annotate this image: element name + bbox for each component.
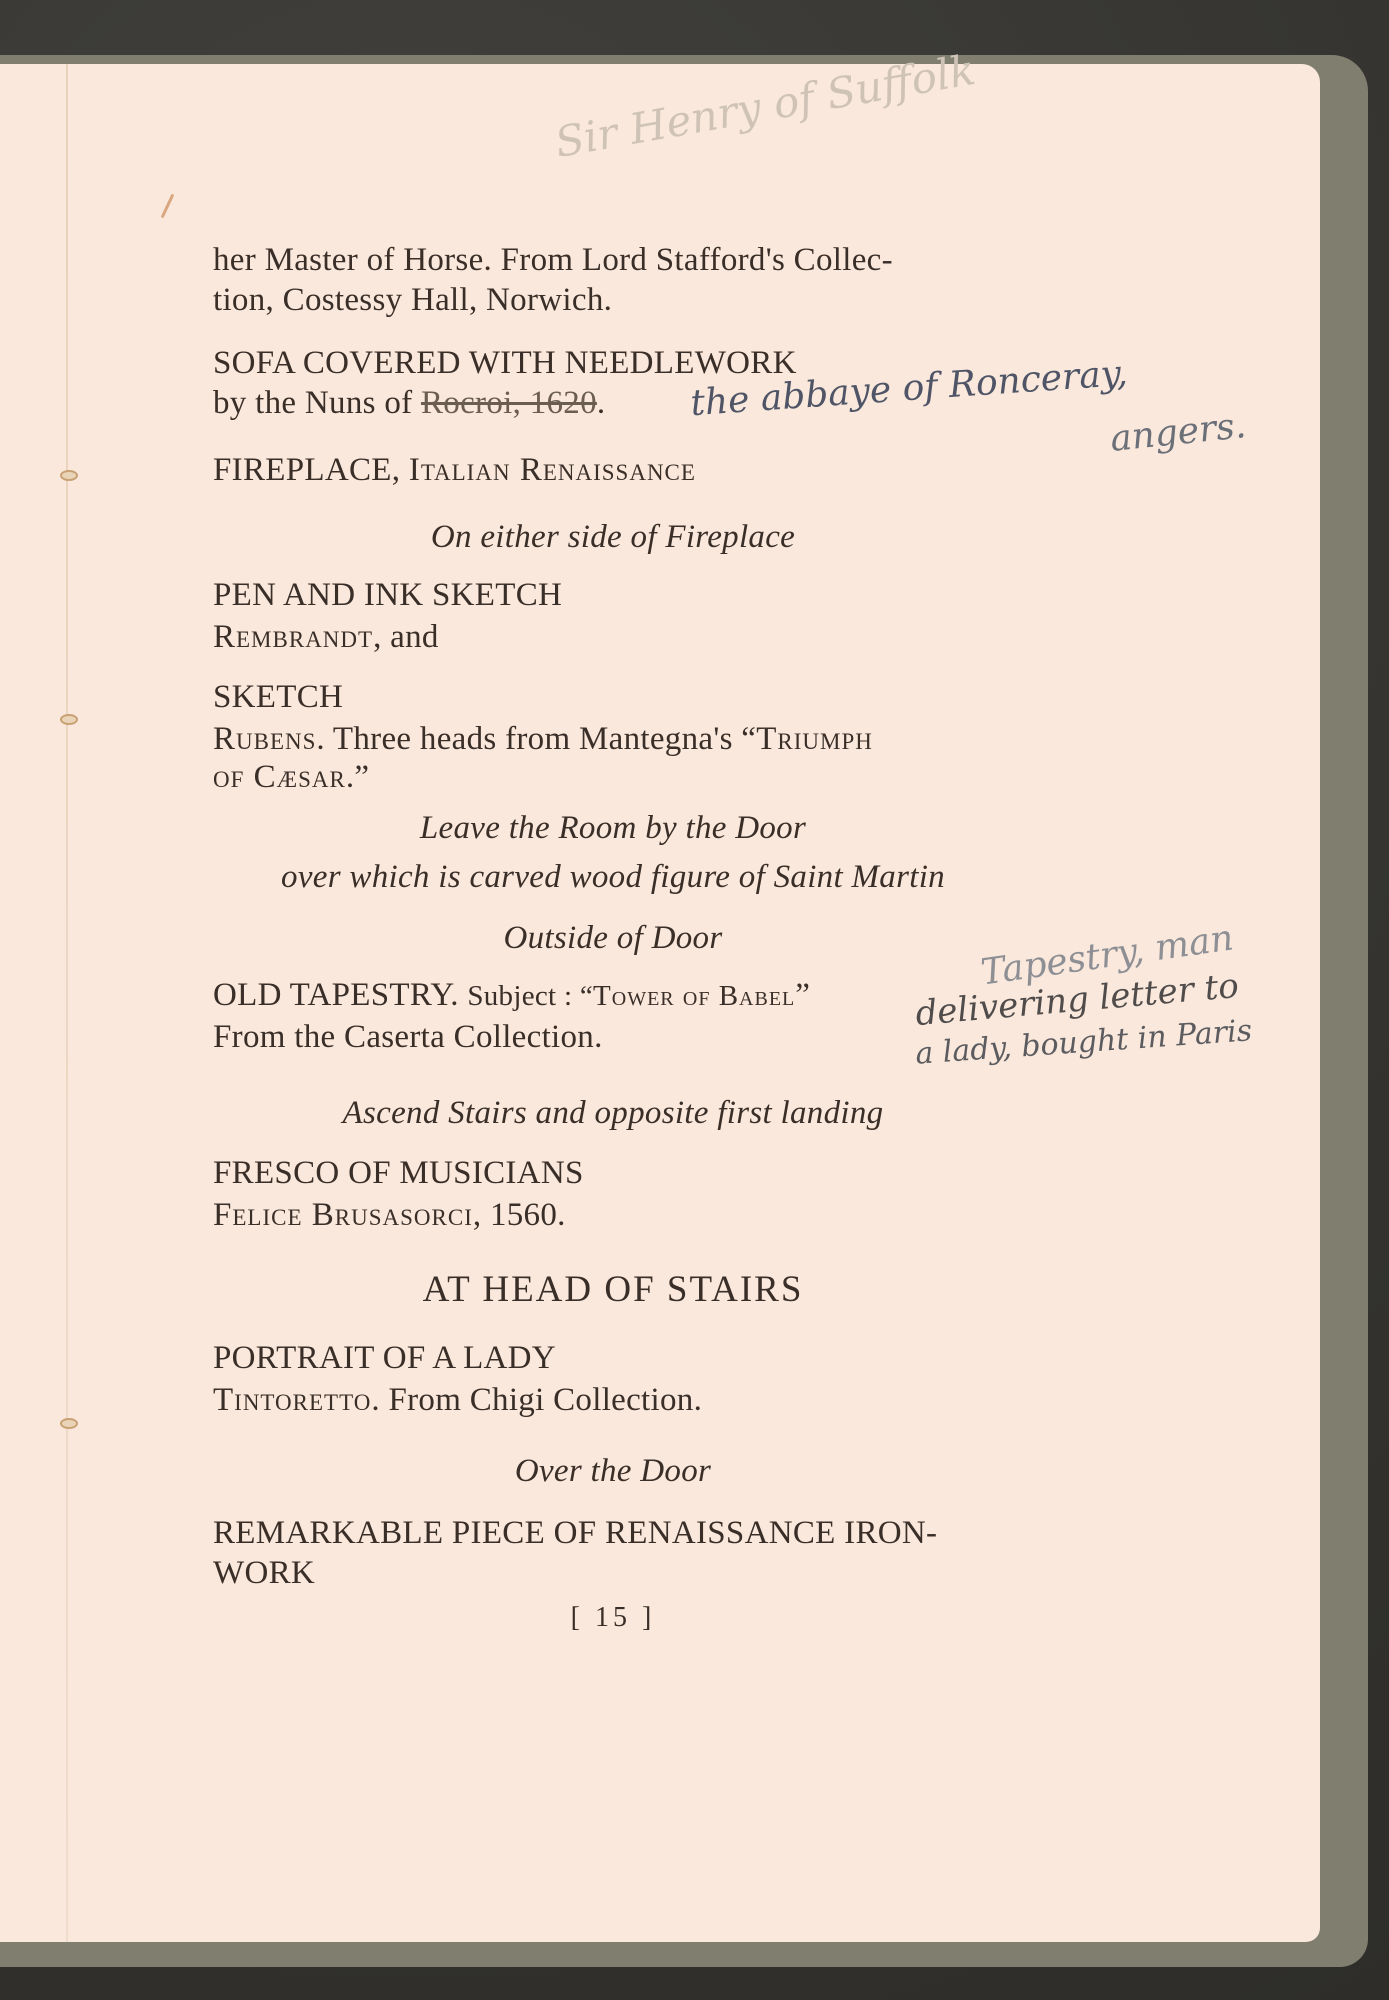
work-title: of Cæsar [213, 759, 346, 795]
fireplace-title: FIREPLACE, [213, 452, 409, 488]
entry-detail-fresco: Felice Brusasorci, 1560. [213, 1195, 566, 1235]
entry-title-sofa: SOFA COVERED WITH NEEDLEWORK [213, 343, 797, 383]
entry-title-tapestry: OLD TAPESTRY. Subject : “Tower of Babel” [213, 975, 810, 1016]
artist-name: Tintoretto [213, 1382, 371, 1418]
entry-detail-pen-sketch: Rembrandt, and [213, 617, 439, 657]
direction-either-side: On either side of Fireplace [213, 517, 1013, 557]
entry-detail-portrait: Tintoretto. From Chigi Collection. [213, 1380, 702, 1420]
sofa-by-text: by the Nuns of [213, 385, 421, 421]
continued-text-line: tion, Costessy Hall, Norwich. [213, 280, 612, 320]
artist-name: Rubens [213, 721, 316, 757]
entry-title-ironwork-2: WORK [213, 1553, 315, 1593]
direction-over-which: over which is carved wood figure of Sain… [213, 857, 1013, 897]
binding-stitch [60, 470, 78, 481]
entry-detail-tapestry: From the Caserta Collection. [213, 1017, 603, 1057]
fireplace-subtitle: Italian Renaissance [409, 452, 696, 488]
direction-ascend-stairs: Ascend Stairs and opposite first landing [213, 1093, 1013, 1133]
entry-title-portrait: PORTRAIT OF A LADY [213, 1338, 556, 1378]
entry-detail-sketch-2: of Cæsar.” [213, 757, 369, 797]
section-heading: AT HEAD OF STAIRS [213, 1270, 1013, 1310]
entry-title-fresco: FRESCO OF MUSICIANS [213, 1153, 584, 1193]
page-number: [ 15 ] [213, 1598, 1013, 1638]
period: . [597, 385, 606, 421]
work-title: Tower of Babel [593, 980, 795, 1012]
closing-quote: ” [795, 977, 810, 1013]
binding-stitch [60, 1418, 78, 1429]
closing-quote: .” [346, 759, 370, 795]
date: , 1560. [473, 1197, 566, 1233]
entry-detail-sofa: by the Nuns of Rocroi, 1620. [213, 383, 605, 423]
struck-text: Rocroi, 1620 [421, 385, 597, 421]
sketch-description: . Three heads from Mantegna's “ [316, 721, 756, 757]
artist-name: Felice Brusasorci [213, 1197, 473, 1233]
direction-outside-door: Outside of Door [213, 918, 1013, 958]
continued-text-line: her Master of Horse. From Lord Stafford'… [213, 240, 893, 280]
entry-title-sketch: SKETCH [213, 677, 343, 717]
conjunction: , and [373, 619, 439, 655]
entry-title-ironwork: REMARKABLE PIECE OF RENAISSANCE IRON- [213, 1513, 937, 1553]
direction-leave-room: Leave the Room by the Door [213, 808, 1013, 848]
entry-detail-sketch: Rubens. Three heads from Mantegna's “Tri… [213, 719, 873, 759]
source: . From Chigi Collection. [371, 1382, 702, 1418]
artist-name: Rembrandt [213, 619, 373, 655]
tapestry-title: OLD TAPESTRY. [213, 977, 467, 1013]
entry-title-pen-sketch: PEN AND INK SKETCH [213, 575, 562, 615]
entry-title-fireplace: FIREPLACE, Italian Renaissance [213, 450, 696, 490]
subject-label: Subject : “ [467, 980, 593, 1012]
work-title: Triumph [756, 721, 873, 757]
binding-stitch [60, 714, 78, 725]
page-gutter [66, 64, 68, 1942]
direction-over-door: Over the Door [213, 1451, 1013, 1491]
